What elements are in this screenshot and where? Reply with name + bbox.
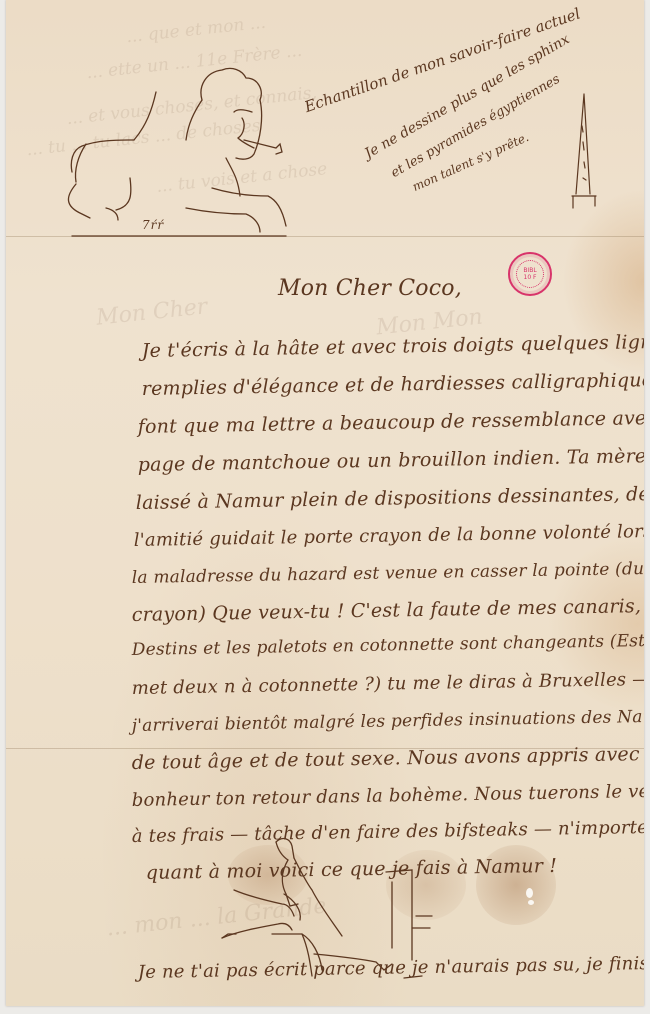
letter-line: Je t'écris à la hâte et avec trois doigt… [142,331,644,362]
obelisk-sketch [570,90,600,210]
collection-stamp: BIBL 10 F [508,252,552,296]
letter-line: bonheur ton retour dans la bohème. Nous … [132,780,644,811]
letter-page: ... que et mon ... ... ette un ... 11e F… [6,0,644,1006]
letter-line: crayon) Que veux-tu ! C'est la faute de … [132,595,644,626]
paper-hole [528,900,534,905]
letter-line: laissé à Namur plein de dispositions des… [136,483,644,514]
sphinx-caption: 7ŕŕ [142,218,164,232]
letter-line: j'arriverai bientôt malgré les perfides … [132,706,644,736]
closing-line: Je ne t'ai pas écrit parce que je n'aura… [138,953,644,983]
letter-line: font que ma lettre a beaucoup de ressemb… [138,406,644,438]
letter-line: l'amitié guidait le porte crayon de la b… [134,520,644,551]
stamp-sub: 10 F [524,274,537,281]
letter-line: Destins et les paletots en cotonnette so… [132,630,644,660]
letter-line: met deux n à cotonnette ?) tu me le dira… [132,668,644,699]
letter-line: remplies d'élégance et de hardiesses cal… [142,368,644,400]
stamp-center: BIBL 10 F [516,260,544,288]
salutation: Mon Cher Coco, [278,276,462,301]
stamp-label: BIBL [523,267,536,274]
sphinx-sketch [6,0,306,240]
bleed-through-text: Mon Cher [95,294,208,331]
letter-line: la maladresse du hazard est venue en cas… [132,558,644,588]
paper-hole [526,888,533,898]
letter-line: page de mantchoue ou un brouillon indien… [138,445,644,476]
